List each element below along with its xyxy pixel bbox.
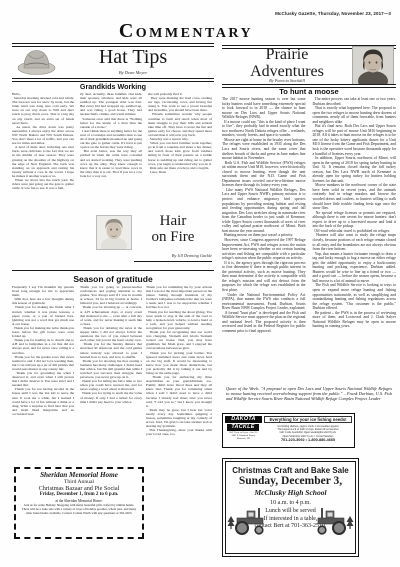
gratitude-column-2: Thank you for going to parent-teacher co… — [80, 285, 142, 465]
dakota-tackle-ad: DAKOTA TACKLE M-F 9 a.m. to 8 p.m. • Sat… — [222, 413, 355, 448]
tractor-icon — [227, 504, 267, 536]
tractor-and-tree-clipart-left — [227, 504, 267, 536]
store-city: Bismarck, ND — [225, 438, 262, 441]
ad-date: Sunday, December 3, — [226, 475, 355, 488]
hat-tips-headline: Grandkids Working — [12, 82, 214, 91]
sheridan-memorial-home-ad: Sheridan Memorial Home Third Annual Chri… — [14, 467, 144, 539]
cowboy-hat-image — [16, 46, 57, 76]
hair-on-fire-byline: By Jill Denning Gackle — [134, 253, 212, 258]
patricia-stockdill-photo — [352, 46, 394, 85]
craft-ad-inner-border: Christmas Craft and Bake Sale Sunday, De… — [225, 461, 356, 554]
ad-title: Christmas Craft and Bake Sale — [226, 466, 355, 475]
moose-article-body: The 2017 moose hunting season is over bu… — [222, 97, 396, 383]
ad-business-name: Sheridan Memorial Home — [16, 471, 142, 479]
gratitude-column-3: Thank you for reminding me by your actio… — [146, 285, 212, 553]
logo-word-dakota: DAKOTA — [225, 416, 262, 423]
hair-on-fire-rule — [12, 270, 214, 271]
hat-tips-byline: By Dean Meyer — [58, 70, 208, 75]
dakota-tackle-logo: DAKOTA TACKLE M-F 9 a.m. to 8 p.m. • Sat… — [225, 416, 262, 440]
byline-rule — [134, 261, 212, 262]
prairie-headline: To hunt a moose — [222, 87, 396, 96]
craft-bake-sale-ad: Christmas Craft and Bake Sale Sunday, De… — [222, 458, 359, 557]
ad-body-text: Join us for some Holiday Shopping with m… — [16, 503, 142, 517]
dakota-ad-copy: Everything for your ice fishing needs! I… — [264, 415, 352, 443]
hair-on-fire-title: Hair on Fire — [134, 213, 212, 245]
hair-on-fire-title-line2: on Fire — [134, 229, 212, 245]
quote-of-the-week: Quote of the Week: "A proposal to open D… — [226, 386, 392, 401]
section-title: Commentary — [0, 20, 372, 43]
prairie-title-line1: Prairie — [224, 46, 350, 63]
columnist-portrait-icon — [353, 47, 393, 84]
prairie-byline: By Patricia Stockdill — [224, 78, 350, 83]
gratitude-column-1: Frequently I say I'm thankful my parents… — [12, 285, 74, 465]
ad-phone-numbers: 701-223-3092 • 1-800-880-4665 — [264, 438, 352, 443]
hair-on-fire-title-line1: Hair — [134, 213, 212, 229]
prairie-adventures-title: Prairie Adventures — [224, 46, 350, 80]
logo-word-tackle: TACKLE — [227, 424, 259, 431]
tractor-icon — [314, 504, 354, 536]
hat-tips-column-3: she will probably find it. They were mar… — [148, 92, 212, 213]
hat-tips-title: Hat Tips — [58, 46, 208, 69]
masthead-dateline: McClusky Gazette, Thursday, November 23,… — [275, 11, 391, 16]
tractor-and-tree-clipart-right — [314, 504, 354, 536]
newspaper-page: McClusky Gazette, Thursday, November 23,… — [0, 0, 400, 567]
ad-event-name: Christmas Bazaar and Pie Social — [16, 485, 142, 492]
cowboy-hat-icon — [16, 46, 57, 76]
hair-on-fire-headline: Season of gratitude — [12, 274, 214, 284]
hat-tips-column-2: ily deal. Actually, three families. Our … — [80, 92, 142, 213]
hat-tips-column-1: Hello, Saturday morning dawned cold and … — [12, 92, 74, 237]
jill-gackle-photo — [96, 215, 132, 250]
ad-location: McClusky High School — [226, 488, 355, 497]
ad-headline: Everything for your ice fishing needs! — [264, 416, 352, 423]
columnist-portrait-icon — [97, 216, 131, 249]
